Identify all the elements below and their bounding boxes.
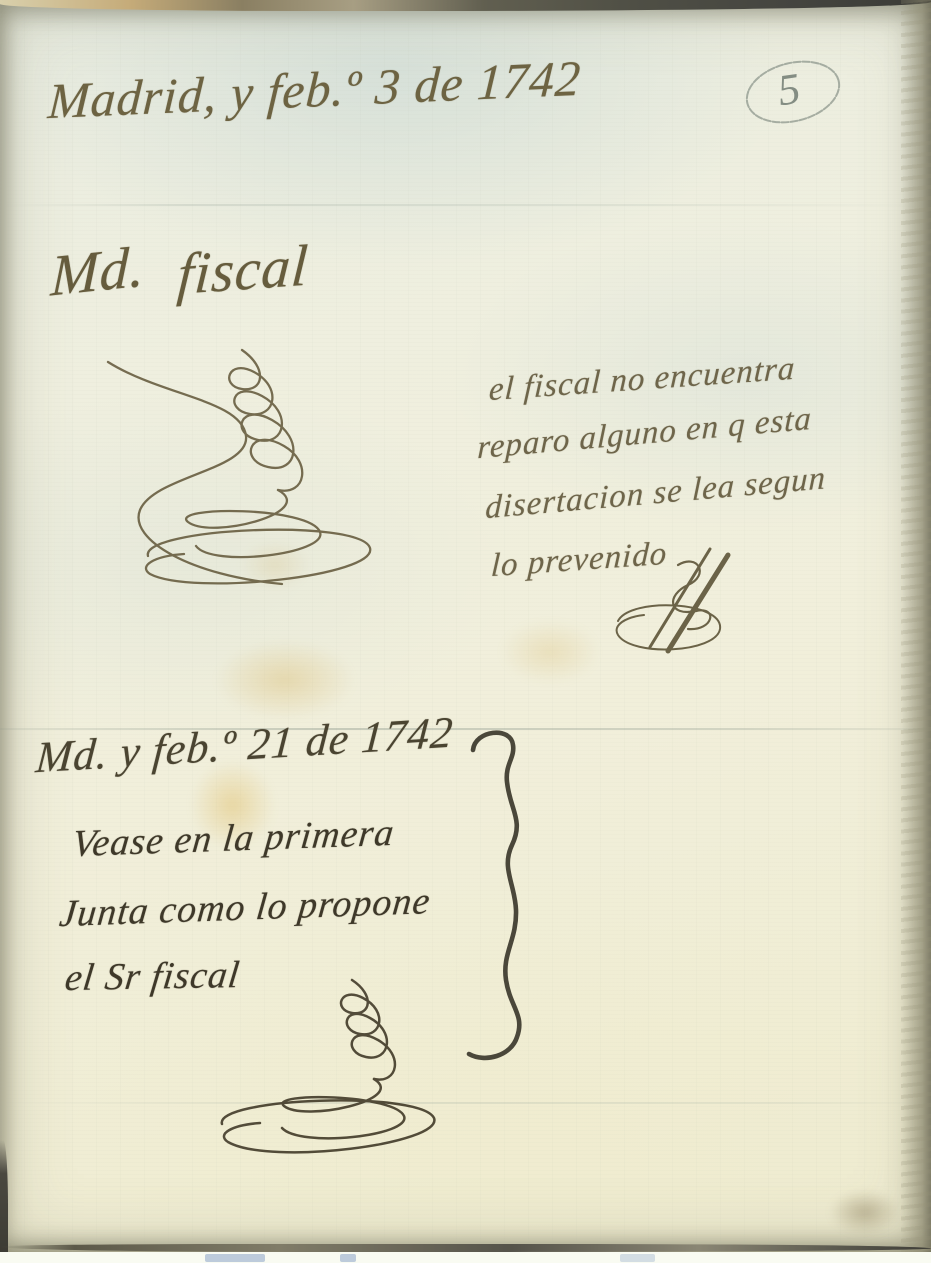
scanner-mark <box>205 1254 265 1262</box>
folio-number-badge: 5 <box>738 50 848 136</box>
scanner-mark <box>340 1254 356 1262</box>
referral-prefix: Md. <box>50 233 147 309</box>
referral-addressee: fiscal <box>176 231 311 308</box>
scanner-background-strip <box>0 1252 931 1263</box>
manuscript-scan: Madrid, y feb.º 3 de 1742 5 Md. fiscal e… <box>0 0 931 1263</box>
paper-bottom-edge <box>0 1244 931 1252</box>
deckled-right-edge <box>901 0 931 1252</box>
signature-rubric <box>592 545 752 660</box>
rubric-flourish-bottom <box>182 978 472 1170</box>
scanner-mark <box>620 1254 655 1262</box>
rubric-flourish-main <box>92 348 422 606</box>
